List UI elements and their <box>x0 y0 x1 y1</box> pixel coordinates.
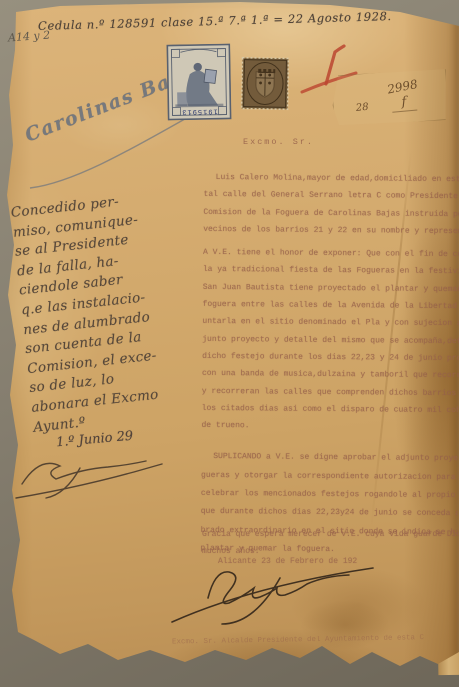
cedula-annotation: Cedula n.º 128591 clase 15.ª 7.ª 1.ª = 2… <box>38 9 392 33</box>
typed-line: untarla en el sitio denominado el Pla y … <box>202 313 459 333</box>
typed-line: A V.E. tiene el honor de exponer: Que co… <box>203 244 459 264</box>
margin-rubric-signature <box>10 446 170 512</box>
municipal-stamp <box>241 57 290 115</box>
typed-line: vecinos de los barrios 21 y 22 en su nom… <box>203 221 459 241</box>
typed-line: celebrar los mencionados festejos rogand… <box>201 485 458 506</box>
typed-line: dicho festejo durante los dias 22,23 y 2… <box>202 348 459 368</box>
typed-line: con una banda de musica,dulzaina y tambo… <box>202 365 459 385</box>
typed-line: gueras y otorgar la correspondiente auto… <box>201 467 458 488</box>
typed-line: de trueno. <box>201 417 458 437</box>
fiscal-stamp: 1915913 <box>166 43 231 124</box>
addressee-footer: Excmo. Sr. Alcalde Presidente del Ayunta… <box>172 633 459 646</box>
typed-line: la ya tradicional fiesta de las Fogueras… <box>203 261 459 281</box>
margin-note: Concedido per-miso, comunique-se al Pres… <box>10 183 233 438</box>
letter-paragraph-2: A V.E. tiene el honor de exponer: Que co… <box>201 244 459 437</box>
fiscal-stamp-serial: 1915913 <box>181 107 218 116</box>
closing-paragraph: Gracia que espera merecer de V.E. cuya v… <box>202 526 459 561</box>
typed-line: junto proyecto y detalle del mismo que s… <box>202 331 459 351</box>
typed-line: Comision de la Foguera de Carolinas Baja… <box>203 203 459 223</box>
document-paper: Cedula n.º 128591 clase 15.ª 7.ª 1.ª = 2… <box>0 0 459 687</box>
typed-line: foguera entre las calles de la Avenida d… <box>202 296 459 316</box>
typed-line: que durante dichos dias 22,23y24 de juni… <box>201 503 458 524</box>
typed-line: SUPLICANDO a V.E. se digne aprobar el ad… <box>201 448 458 469</box>
registry-day: 28 <box>355 102 369 114</box>
registry-folio-mark: f <box>391 94 417 113</box>
letter-paragraph-1: Luis Calero Molina,mayor de edad,domicil… <box>203 169 459 240</box>
typed-line: San Juan Bautista tiene proyectado el pl… <box>203 279 459 299</box>
letter-body: Luis Calero Molina,mayor de edad,domicil… <box>200 169 459 571</box>
registry-stamp-box: 2998 28 f <box>330 66 450 130</box>
typed-line: y recorreran las calles que comprenden d… <box>202 382 459 402</box>
typed-line: Gracia que espera merecer de V.E. cuya v… <box>202 526 459 543</box>
signature-flourish <box>168 558 383 634</box>
typed-line: tal calle del General Serrano letra C co… <box>203 186 459 206</box>
salutation: Excmo. Sr. <box>243 137 314 147</box>
typed-line: los citados dias asi como el disparo de … <box>202 400 459 420</box>
typed-line: Luis Calero Molina,mayor de edad,domicil… <box>204 169 459 189</box>
photo-backdrop: Cedula n.º 128591 clase 15.ª 7.ª 1.ª = 2… <box>0 0 459 687</box>
